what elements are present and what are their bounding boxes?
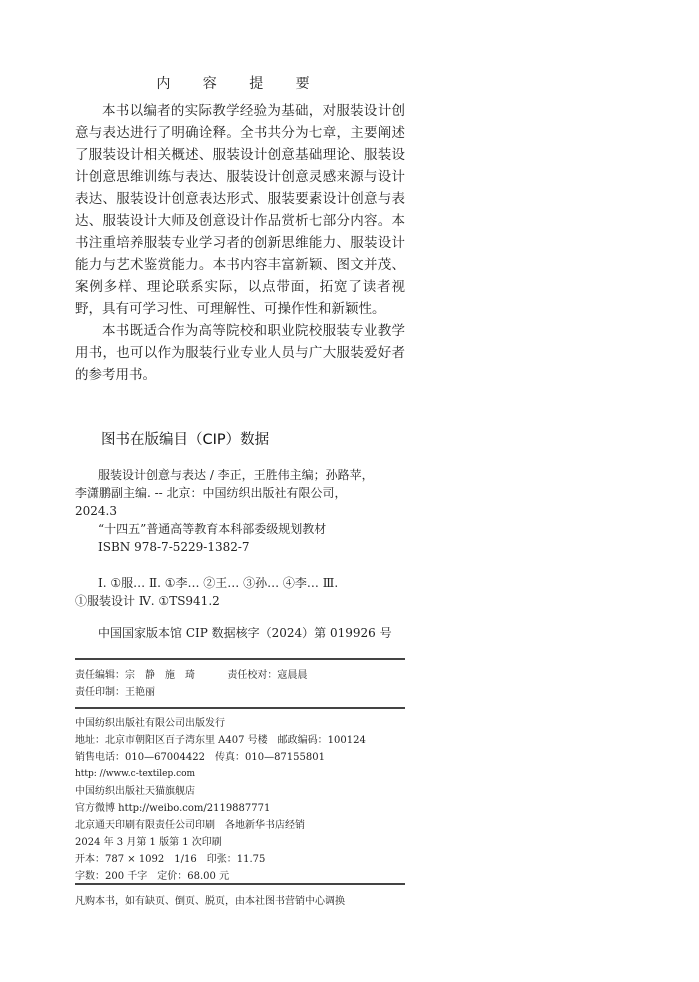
cip-classification-cont: ①服装设计 Ⅳ. ①TS941.2: [75, 592, 405, 610]
cip-heading: 图书在版编目（CIP）数据: [101, 428, 269, 449]
summary-paragraph-2: 本书既适合作为高等院校和职业院校服装专业教学用书，也可以作为服装行业专业人员与广…: [75, 320, 405, 386]
spacer: [75, 610, 405, 624]
edition: 2024 年 3 月第 1 版第 1 次印刷: [75, 834, 366, 851]
cip-block: 服装设计创意与表达 / 李正，王胜伟主编；孙路苹， 李潇鹏副主编. -- 北京：…: [75, 466, 405, 642]
responsible-printing: 责任印制：王艳丽: [75, 684, 307, 701]
divider-rule: [75, 707, 405, 709]
spacer: [75, 556, 405, 574]
weibo-link[interactable]: 官方微博 http://weibo.com/2119887771: [75, 800, 366, 817]
publication-block: 中国纺织出版社有限公司出版发行 地址：北京市朝阳区百子湾东里 A407 号楼 邮…: [75, 715, 366, 885]
responsible-proofreader: 责任校对：寇晨晨: [227, 670, 307, 681]
publisher: 中国纺织出版社有限公司出版发行: [75, 715, 366, 732]
cip-line: 2024.3: [75, 502, 405, 520]
format: 开本：787 × 1092 1/16 印张：11.75: [75, 851, 366, 868]
return-notice: 凡购本书，如有缺页、倒页、脱页，由本社图书营销中心调换: [75, 892, 345, 907]
summary-body: 本书以编者的实际教学经验为基础，对服装设计创意与表达进行了明确诠释。全书共分为七…: [75, 100, 405, 386]
responsible-editor: 责任编辑：宗 静 施 琦: [75, 670, 195, 681]
cip-isbn: ISBN 978-7-5229-1382-7: [75, 538, 405, 556]
phone-fax: 销售电话：010—67004422 传真：010—87155801: [75, 749, 366, 766]
cip-classification: Ⅰ. ①服… Ⅱ. ①李… ②王… ③孙… ④李… Ⅲ.: [75, 574, 405, 592]
cip-record-number: 中国国家版本馆 CIP 数据核字（2024）第 019926 号: [75, 624, 405, 642]
cip-line: 李潇鹏副主编. -- 北京：中国纺织出版社有限公司，: [75, 484, 405, 502]
credits-block: 责任编辑：宗 静 施 琦 责任校对：寇晨晨 责任印制：王艳丽: [75, 667, 307, 701]
address: 地址：北京市朝阳区百子湾东里 A407 号楼 邮政编码：100124: [75, 732, 366, 749]
website-link[interactable]: http: //www.c-textilep.com: [75, 766, 366, 783]
summary-title: 内 容 提 要: [75, 73, 405, 93]
tmall-store: 中国纺织出版社天猫旗舰店: [75, 783, 366, 800]
credits-line: 责任编辑：宗 静 施 琦 责任校对：寇晨晨: [75, 667, 307, 684]
cip-line: 服装设计创意与表达 / 李正，王胜伟主编；孙路苹，: [75, 466, 405, 484]
divider-rule: [75, 658, 405, 660]
printer: 北京通天印刷有限责任公司印刷 各地新华书店经销: [75, 817, 366, 834]
cip-line: “十四五”普通高等教育本科部委级规划教材: [75, 520, 405, 538]
summary-paragraph-1: 本书以编者的实际教学经验为基础，对服装设计创意与表达进行了明确诠释。全书共分为七…: [75, 100, 405, 320]
divider-rule: [75, 883, 405, 885]
